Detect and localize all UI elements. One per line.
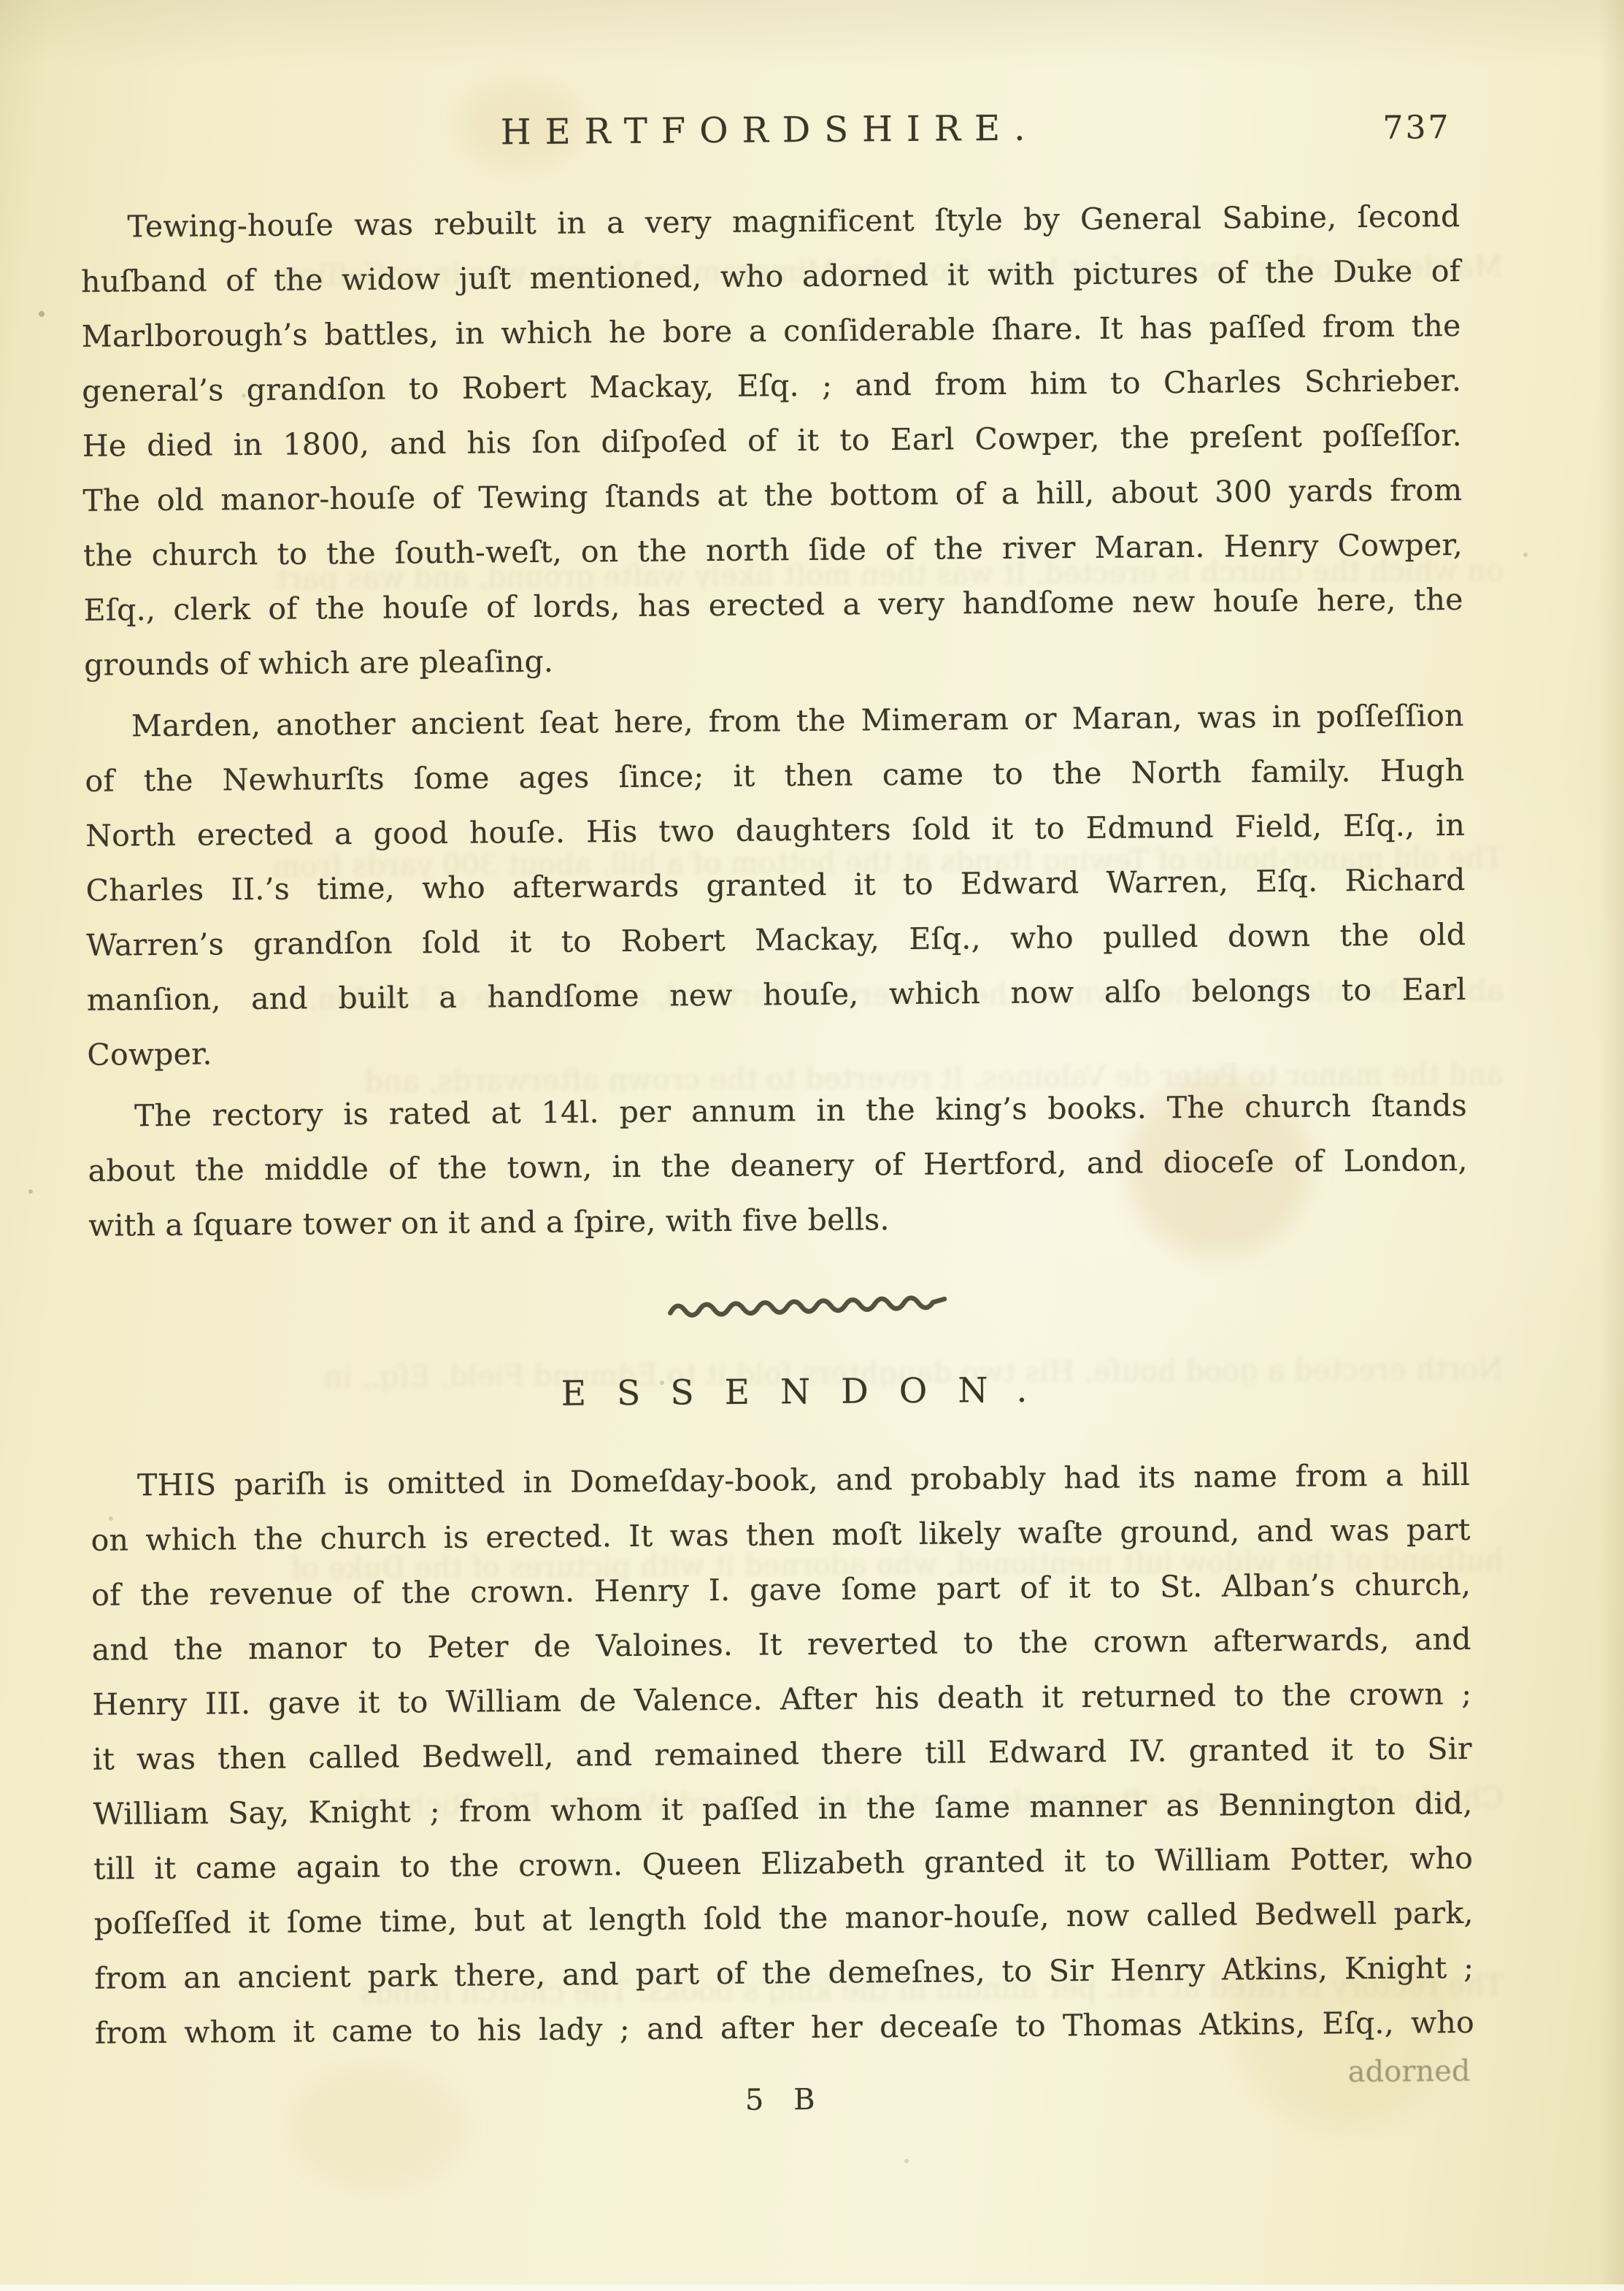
page-header: HERTFORDSHIRE. 737 xyxy=(80,104,1459,165)
paragraph: Marden,anotherancientſeathere,fromtheMim… xyxy=(85,688,1467,1083)
paragraph: Therectoryisratedat14l.perannumintheking… xyxy=(88,1078,1469,1254)
text-line: Cowper. xyxy=(87,1017,1467,1083)
page-content: HERTFORDSHIRE. 737 Tewing-houſewasrebuil… xyxy=(0,103,1624,2137)
scan-edge xyxy=(0,2284,1624,2291)
text-line: andthemanortoPeterdeValoines.Itrevertedt… xyxy=(92,1612,1472,1678)
page-number: 737 xyxy=(1382,109,1450,147)
text-line: with a ſquare tower on it and a ſpire, w… xyxy=(88,1188,1469,1254)
section-text-block: THISpariſhisomittedinDomeſday-book,andpr… xyxy=(91,1448,1474,2061)
section-divider-squiggle-icon xyxy=(666,1292,965,1317)
section-heading: ESSENDON. xyxy=(104,1367,1484,1418)
signature-mark: 5 B xyxy=(95,2068,1474,2122)
paragraph: Tewing-houſewasrebuiltinaverymagnificent… xyxy=(80,189,1463,693)
page-footer: 5 B adorned xyxy=(95,2068,1475,2137)
catchword: adorned xyxy=(1348,2054,1471,2089)
text-line: aboutthemiddleofthetown,inthedeaneryofHe… xyxy=(88,1133,1468,1199)
running-head: HERTFORDSHIRE. xyxy=(500,108,1039,153)
main-text-block: Tewing-houſewasrebuiltinaverymagnificent… xyxy=(80,189,1468,1254)
text-line: fromwhomitcametohislady;andafterherdecea… xyxy=(95,1995,1475,2061)
text-line: manſion,andbuiltahandſomenewhouſe,whichn… xyxy=(87,962,1467,1028)
page-edge-shadow xyxy=(1599,0,1624,2291)
text-line: Eſq.,clerkofthehouſeoflords,haserectedav… xyxy=(83,572,1463,638)
text-line: grounds of which are pleaſing. xyxy=(84,627,1464,693)
paper-specks xyxy=(0,0,3,3)
book-page-scan: Marden, another ancient ſeat here, from … xyxy=(0,0,1624,2291)
paragraph: THISpariſhisomittedinDomeſday-book,andpr… xyxy=(91,1448,1474,2061)
text-line: Tewing-houſewasrebuiltinaverymagnificent… xyxy=(80,189,1461,255)
